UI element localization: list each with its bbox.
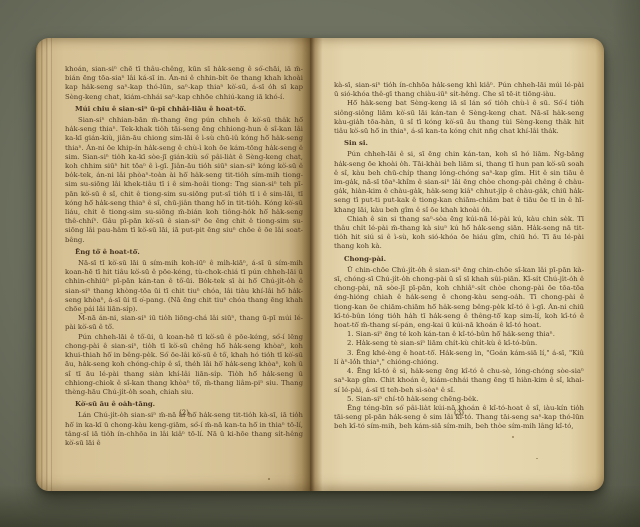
paragraph: Ū chin-chōe Chú-ji̍t-o̍h ê sian-siⁿ ēng … <box>334 266 584 330</box>
paragraph: kà-sī, sian-siⁿ tio̍h ín-chhōa ha̍k-seng… <box>334 81 584 99</box>
left-page: khoán, sian-siⁿ chē tī thâu-chêng, kūn s… <box>36 38 310 491</box>
section-heading: Sin si. <box>334 139 584 148</box>
paragraph: Nā-sī tī kò͘-sū lāi ū sím-mih koh-iūⁿ ê … <box>65 259 303 314</box>
photo-backdrop: khoán, sian-siⁿ chē tī thâu-chêng, kūn s… <box>0 0 640 527</box>
paragraph: Pún chheh-lāi ê si, sī ēng chin kán-tan,… <box>334 150 584 214</box>
stacked-page-edges <box>36 38 52 491</box>
paper-speck <box>512 436 514 438</box>
paragraph: khoán, sian-siⁿ chē tī thâu-chêng, kūn s… <box>65 65 303 102</box>
open-book: khoán, sian-siⁿ chē tī thâu-chêng, kūn s… <box>36 38 604 491</box>
table-surface-shadow <box>0 485 640 527</box>
paragraph: Hō͘ ha̍k-seng bat Sèng-keng iā sī lán só… <box>334 99 584 136</box>
backdrop-right-shadow <box>612 0 640 527</box>
section-heading: Kò͘-sū āu ê oa̍h-tāng. <box>65 400 303 409</box>
paragraph: 5. Sian-siⁿ chí-tō ha̍k-seng chēng-be̍k. <box>334 395 584 404</box>
paragraph: 4. Ēng kî-tó ê si, ha̍k-seng ēng kî-tó ê… <box>334 367 584 395</box>
left-page-text: khoán, sian-siⁿ chē tī thâu-chêng, kūn s… <box>65 65 303 448</box>
page-number-left: (2) <box>65 409 303 417</box>
paragraph: M̄-nā án-ni, sian-siⁿ iū tio̍h liōng-chá… <box>65 314 303 332</box>
paper-speck <box>268 478 270 480</box>
section-heading: Ēng tô͘ ê hoat-tō͘. <box>65 248 303 257</box>
paragraph: Sian-siⁿ chhian-bān m̄-thang ēng pún chh… <box>65 116 303 245</box>
page-number-right: (3) <box>334 409 584 417</box>
section-heading: Múi chiu ê sian-siⁿ ū-pī chhâi-liāu ê ho… <box>65 105 303 114</box>
section-heading: Chong-pài. <box>334 255 584 264</box>
right-page-text: kà-sī, sian-siⁿ tio̍h ín-chhōa ha̍k-seng… <box>334 81 584 432</box>
paragraph: Chiah ê sin si thang saⁿ-sòa ēng kúi-nā … <box>334 215 584 252</box>
paper-speck <box>536 458 538 459</box>
paragraph: 3. Ēng khé-èng ê hoat-tō͘. Ha̍k-seng ìn,… <box>334 349 584 367</box>
paragraph: 2. Ha̍k-seng tè sian-siⁿ liām chi̍t-kù c… <box>334 339 584 348</box>
right-page: kà-sī, sian-siⁿ tio̍h ín-chhōa ha̍k-seng… <box>310 38 604 491</box>
paragraph: Pún chheh-lāi ê tô͘-ūi, ū koan-hē tī kò͘… <box>65 333 303 397</box>
